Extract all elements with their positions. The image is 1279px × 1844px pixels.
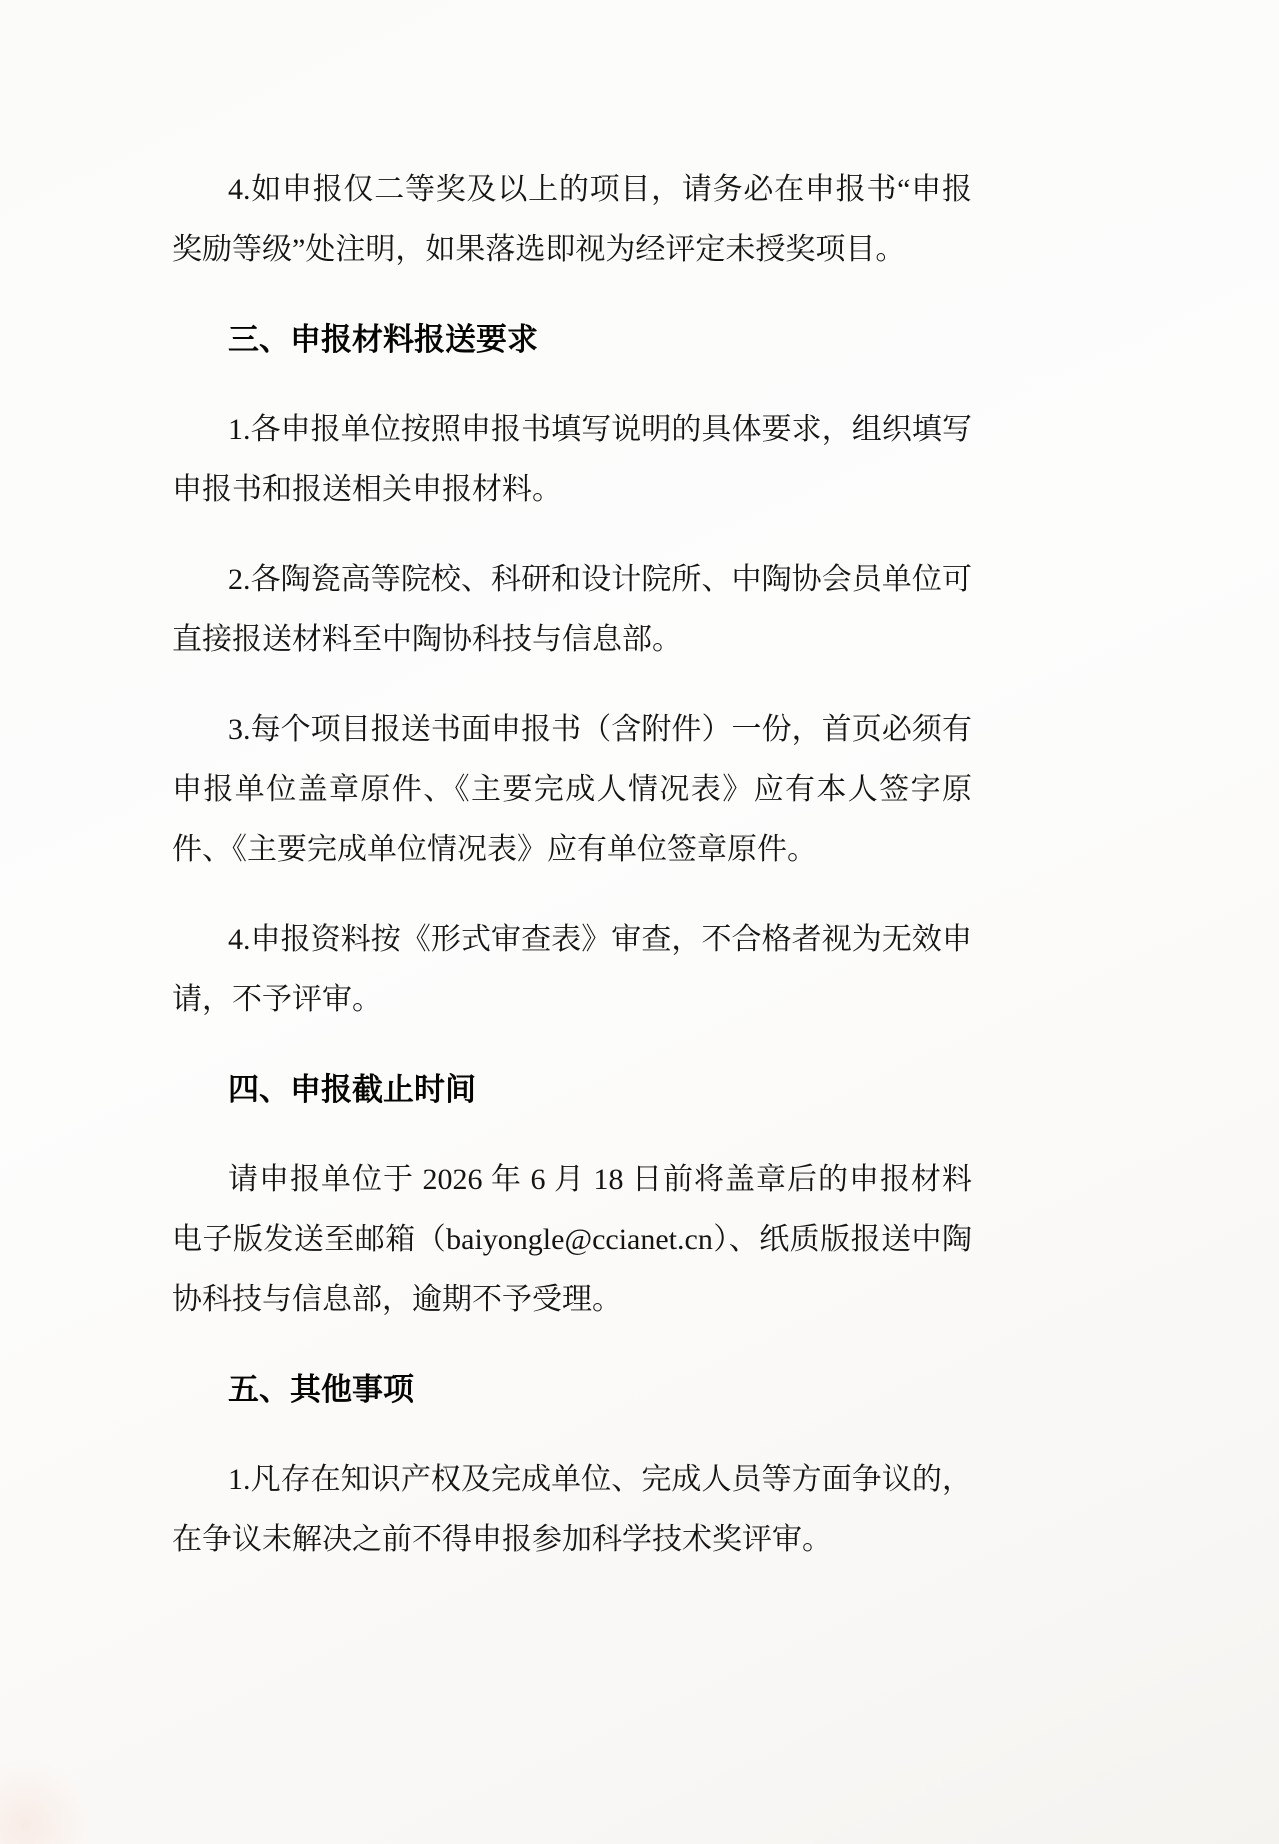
- heading-section-four-deadline: 四、申报截止时间: [172, 1060, 972, 1120]
- para-materials-requirement-2: 2.各陶瓷高等院校、科研和设计院所、中陶协会员单位可直接报送材料至中陶协科技与信…: [172, 550, 972, 670]
- heading-section-three-materials: 三、申报材料报送要求: [172, 310, 972, 370]
- para-deadline-details: 请申报单位于 2026 年 6 月 18 日前将盖章后的申报材料电子版发送至邮箱…: [172, 1150, 972, 1330]
- para-materials-requirement-4: 4.申报资料按《形式审查表》审查，不合格者视为无效申请，不予评审。: [172, 910, 972, 1030]
- para-award-grade-note: 4.如申报仅二等奖及以上的项目，请务必在申报书“申报奖励等级”处注明，如果落选即…: [172, 160, 972, 280]
- heading-section-five-other: 五、其他事项: [172, 1360, 972, 1420]
- para-dispute-rule: 1.凡存在知识产权及完成单位、完成人员等方面争议的，在争议未解决之前不得申报参加…: [172, 1450, 972, 1570]
- scanned-document-page: 4.如申报仅二等奖及以上的项目，请务必在申报书“申报奖励等级”处注明，如果落选即…: [0, 0, 1279, 1844]
- para-materials-requirement-3: 3.每个项目报送书面申报书（含附件）一份，首页必须有申报单位盖章原件、《主要完成…: [172, 700, 972, 880]
- para-materials-requirement-1: 1.各申报单位按照申报书填写说明的具体要求，组织填写申报书和报送相关申报材料。: [172, 400, 972, 520]
